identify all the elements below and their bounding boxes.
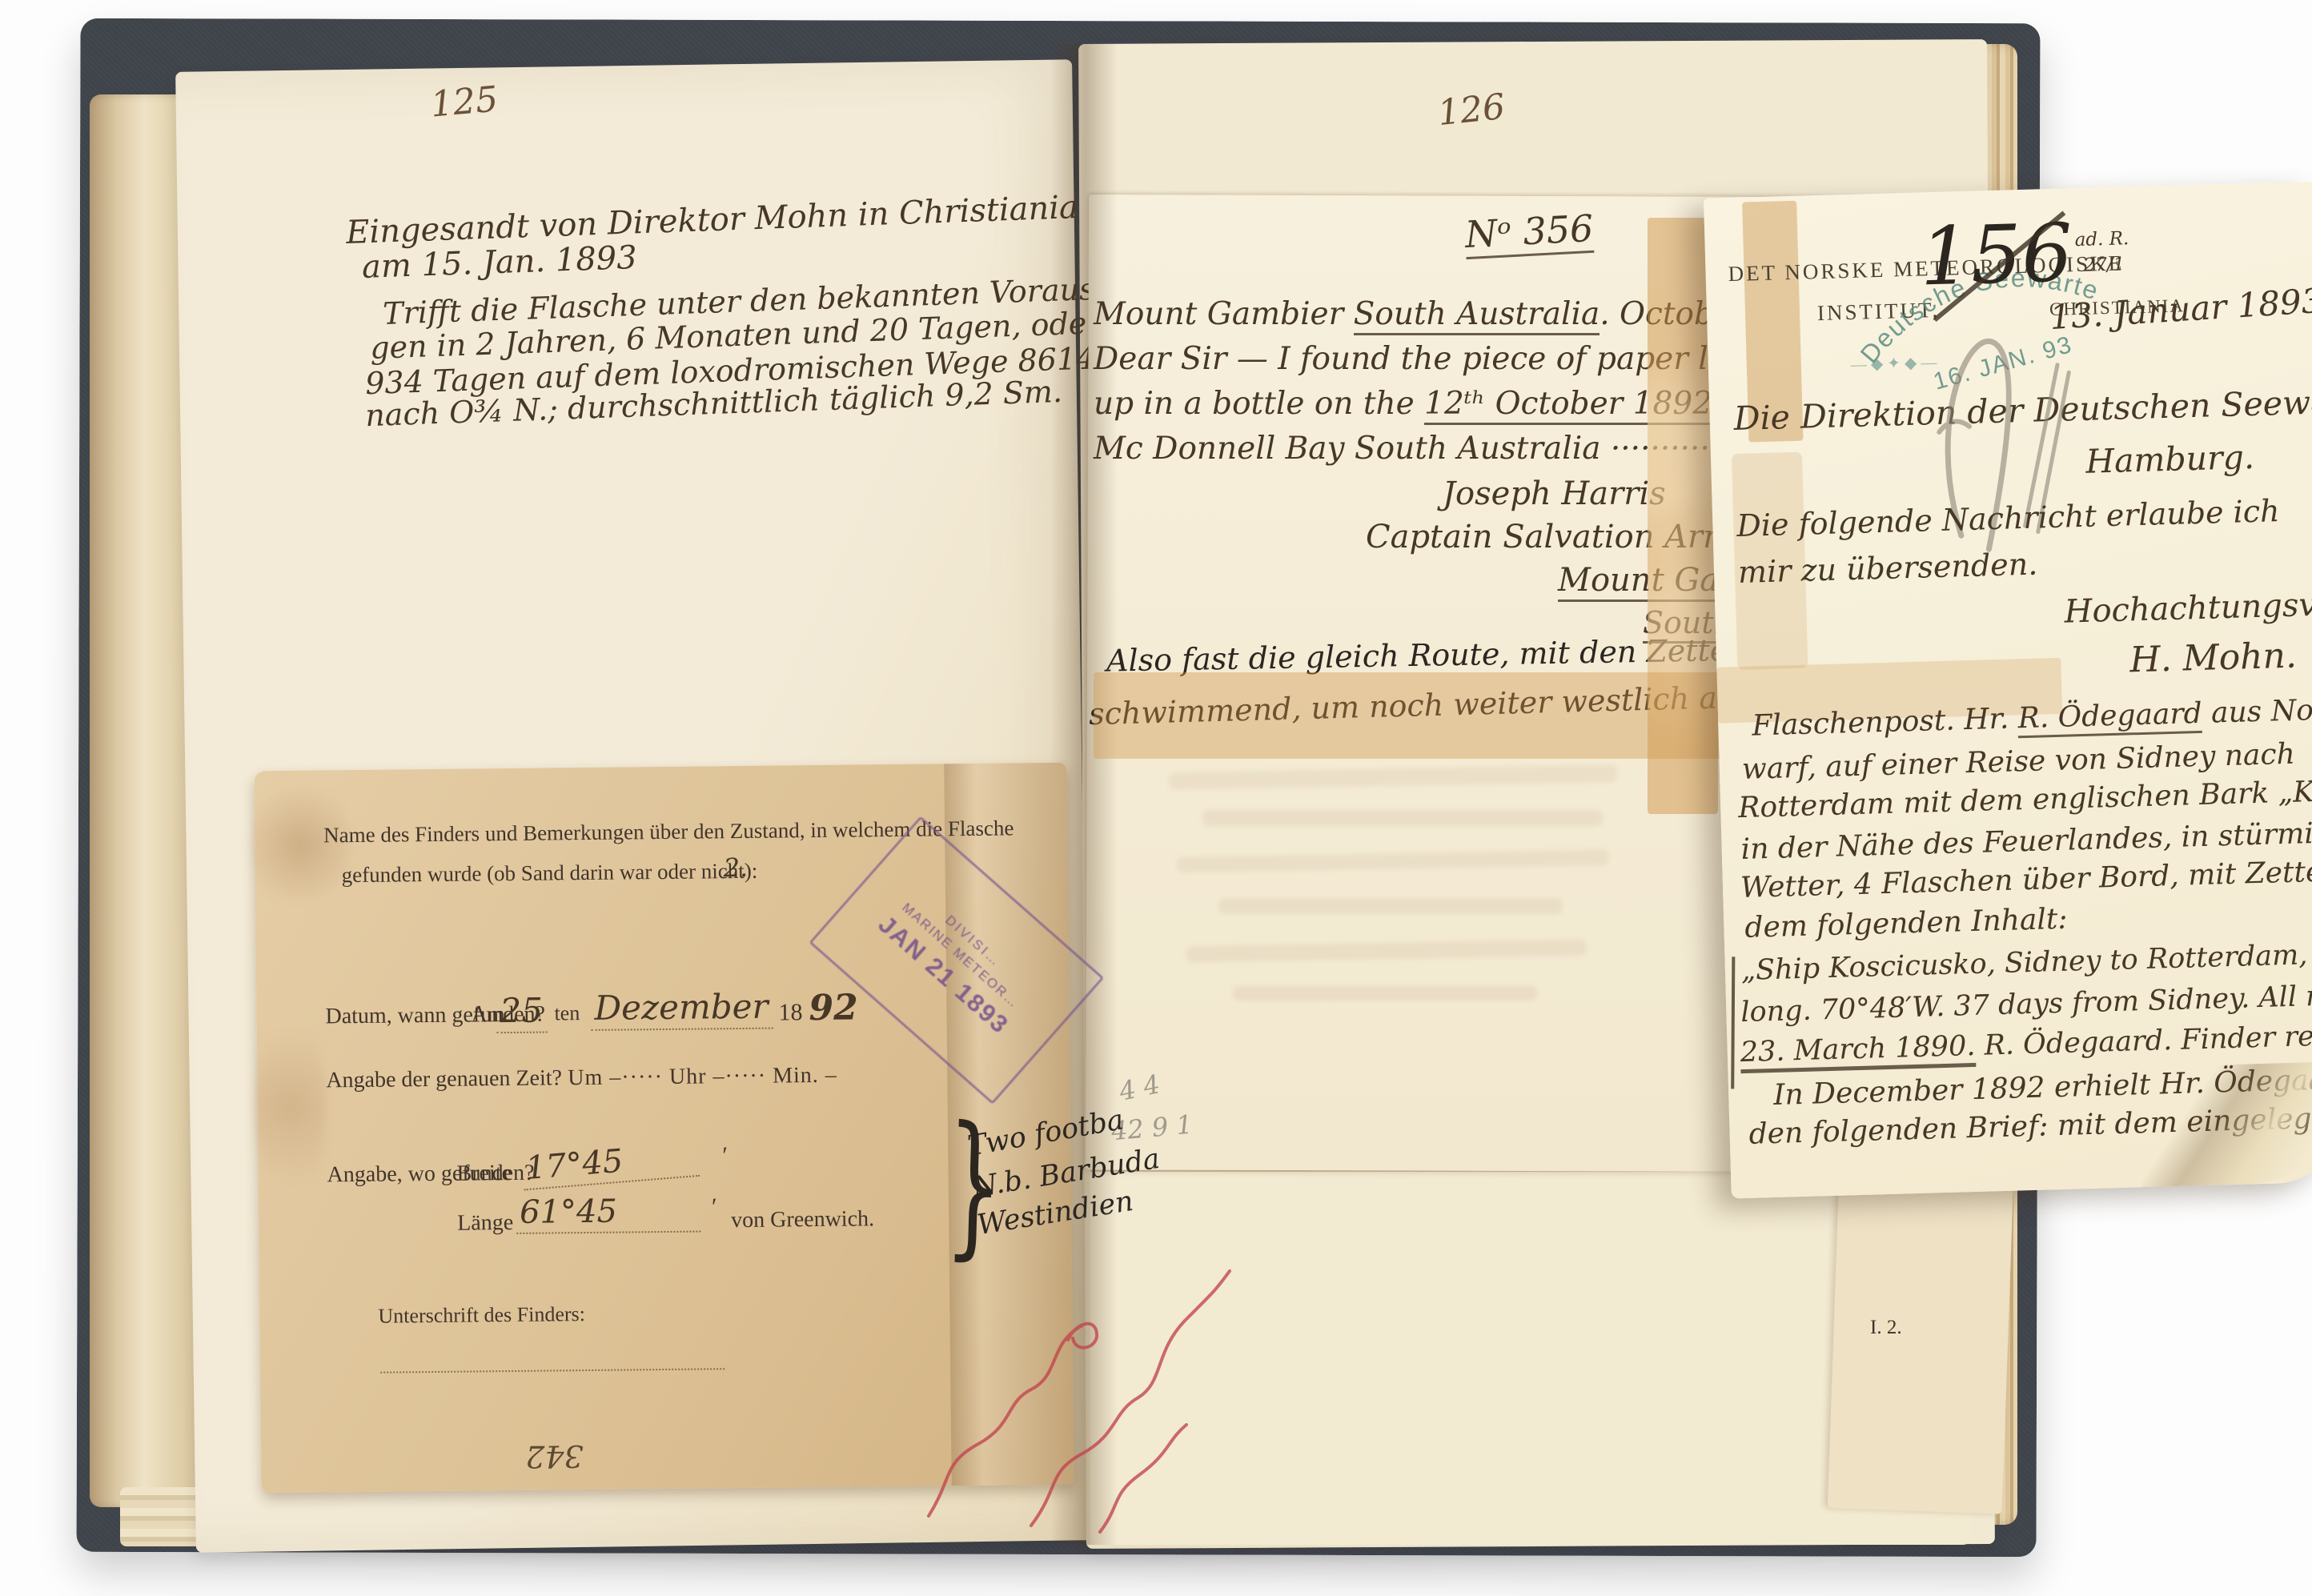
report-line1-underlined: R. Ödegaard xyxy=(2017,697,2202,738)
report-line1-pre: Flaschenpost. Hr. xyxy=(1752,702,2018,742)
form-time-label: Angabe der genauen Zeit? xyxy=(326,1065,562,1093)
form-lon-label: Länge xyxy=(457,1210,513,1237)
letter-line1-pre: Mount Gambier xyxy=(1094,296,1354,332)
form-lat-label: Breite xyxy=(456,1161,512,1187)
bleed-through-text xyxy=(1202,810,1603,826)
form-lat-unit: ′ xyxy=(722,1142,728,1169)
form-signature-line xyxy=(380,1368,725,1373)
small-annotation: ad. R. xyxy=(2074,228,2129,251)
small-annotation: 27/1 xyxy=(2083,254,2125,275)
quote-line: long. 70°48′W. 37 days from Sidney. All … xyxy=(1740,979,2312,1029)
form-date-year: 92 xyxy=(809,987,858,1029)
form-lon-suffix: von Greenwich. xyxy=(731,1206,874,1233)
report-line: dem folgenden Inhalt: xyxy=(1744,903,2068,944)
page-curl xyxy=(2138,1061,2312,1187)
form-number: 342 xyxy=(525,1438,584,1474)
report-line1-post: aus Norwegen, xyxy=(2202,691,2312,730)
letter-number: Nᵒ 356 xyxy=(1464,207,1595,259)
letter-line1-underlined: South Australia xyxy=(1354,296,1600,335)
peek-sheet xyxy=(1828,1172,2014,1514)
red-script-scribble xyxy=(911,1223,1255,1543)
salutation-line2: Hamburg. xyxy=(2085,438,2255,481)
bleed-through-text xyxy=(1218,898,1563,914)
photograph-of-archive-book: 125 Eingesandt von Direktor Mohn in Chri… xyxy=(0,0,2312,1596)
form-date-century: 18 xyxy=(778,999,802,1026)
form-signature-label: Unterschrift des Finders: xyxy=(378,1302,585,1329)
closing: Hochachtungsvoll xyxy=(2064,585,2312,630)
body-line2: mir zu übersenden. xyxy=(1737,547,2037,590)
letter-line3-pre: up in a bottle on the xyxy=(1094,386,1424,422)
form-stain xyxy=(253,1002,327,1211)
bleed-through-text xyxy=(1233,986,1537,1001)
form-time-fields: Um –····· Uhr –····· Min. – xyxy=(568,1063,837,1092)
quote-line3-underlined: 23. March 1890. xyxy=(1740,1030,1976,1073)
peek-sheet-mark: I. 2. xyxy=(1870,1317,1902,1339)
left-page-number: 125 xyxy=(429,78,500,125)
quote-bracket xyxy=(1731,956,1735,1089)
form-lat-value: 17°45 xyxy=(521,1137,700,1190)
norwegian-institute-letter: DET NORSKE METEOROLOGISKE INSTITUT, CHRI… xyxy=(1704,182,2312,1199)
letter-line: Mc Donnell Bay South Australia ·········… xyxy=(1094,431,1720,467)
mohn-signature: H. Mohn. xyxy=(2129,636,2298,681)
right-page-number: 126 xyxy=(1436,86,1507,134)
form-date-month: Dezember xyxy=(591,987,773,1031)
form-intro-line2: gefunden wurde (ob Sand darin war oder n… xyxy=(342,859,758,888)
form-date-day: 25 xyxy=(496,991,548,1034)
quote-line3-post: R. Ödegaard. Finder requested etc.“ xyxy=(1975,1016,2312,1062)
form-intro-answer: 2. xyxy=(723,852,748,883)
form-lon-unit: ′ xyxy=(712,1193,717,1221)
form-lon-value: 61°45 xyxy=(516,1193,701,1234)
form-date-ten: ten xyxy=(554,1001,580,1025)
letter-signature-name: Joseph Harris xyxy=(1443,475,1666,512)
